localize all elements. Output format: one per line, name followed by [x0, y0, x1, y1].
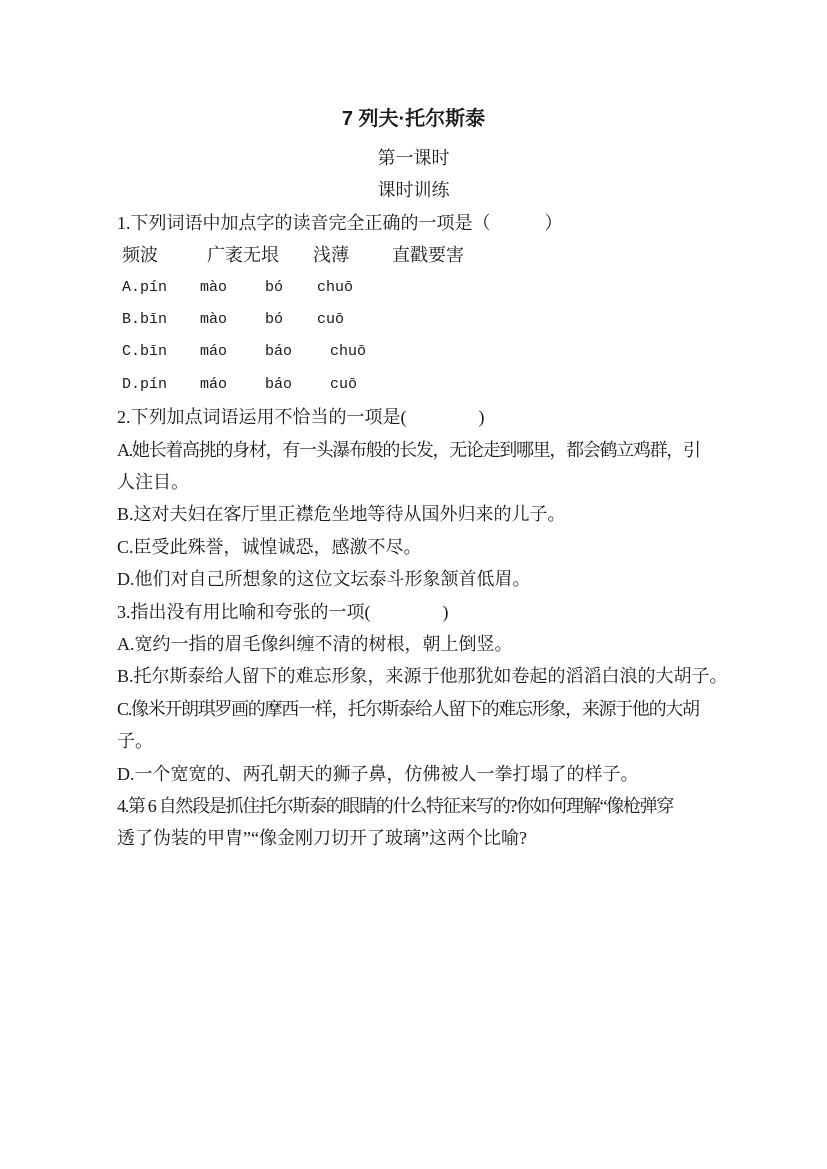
q1-option-c-pinyin-2: máo	[200, 336, 227, 368]
q1-option-row-a: A.pín mào bó chuō	[117, 272, 710, 304]
q1-option-row-c: C.bīn máo báo chuō	[117, 336, 710, 368]
section-heading: 课时训练	[117, 174, 710, 206]
q2-option-a-line-2: 人注目。	[117, 466, 710, 498]
q2-option-a-line-1: A.她长着高挑的身材，有一头瀑布般的长发，无论走到哪里，都会鹤立鸡群，引	[117, 434, 710, 466]
worksheet-page: 7 列夫·托尔斯泰 第一课时 课时训练 1.下列词语中加点字的读音完全正确的一项…	[0, 0, 827, 1169]
q1-option-c-label: C.	[122, 343, 140, 360]
q1-option-d-pinyin-2: máo	[200, 369, 227, 401]
q4-stem-line-2: 透了伪装的甲胄”“像金刚刀切开了玻璃”这两个比喻?	[117, 822, 710, 854]
q1-option-d-pinyin-3: báo	[265, 369, 292, 401]
q3-option-d: D.一个宽宽的、两孔朝天的狮子鼻，仿佛被人一拳打塌了的样子。	[117, 758, 710, 790]
q1-option-c-pinyin-4: chuō	[330, 336, 366, 368]
lesson-title: 7 列夫·托尔斯泰	[117, 102, 710, 136]
q1-stem: 1.下列词语中加点字的读音完全正确的一项是（ ）	[117, 207, 710, 239]
q1-option-a-label: A.	[122, 279, 140, 296]
q3-stem: 3.指出没有用比喻和夸张的一项( )	[117, 596, 710, 628]
q1-word-4: 直戳要害	[392, 239, 464, 271]
q1-option-b-pinyin-4: cuō	[317, 304, 344, 336]
q1-option-b-label: B.	[122, 311, 140, 328]
q3-option-c-line-1: C.像米开朗琪罗画的摩西一样，托尔斯泰给人留下的难忘形象，来源于他的大胡	[117, 693, 710, 725]
q1-option-b-col1: B.bīn	[122, 304, 167, 336]
q1-option-c-col1: C.bīn	[122, 336, 167, 368]
q1-option-b-pinyin-1: bīn	[140, 311, 167, 328]
q1-option-row-b: B.bīn mào bó cuō	[117, 304, 710, 336]
q1-option-a-pinyin-1: pín	[140, 279, 167, 296]
q2-stem: 2.下列加点词语运用不恰当的一项是( )	[117, 401, 710, 433]
q1-option-d-pinyin-1: pín	[140, 376, 167, 393]
q2-option-d: D.他们对自己所想象的这位文坛泰斗形象颔首低眉。	[117, 563, 710, 595]
q1-option-d-label: D.	[122, 376, 140, 393]
q1-option-d-pinyin-4: cuō	[330, 369, 357, 401]
q2-option-c: C.臣受此殊誉，诚惶诚恐，感激不尽。	[117, 531, 710, 563]
q1-word-3: 浅薄	[313, 239, 349, 271]
q1-option-b-pinyin-2: mào	[200, 304, 227, 336]
q1-option-c-pinyin-1: bīn	[140, 343, 167, 360]
q1-option-a-pinyin-3: bó	[265, 272, 283, 304]
page-content: 7 列夫·托尔斯泰 第一课时 课时训练 1.下列词语中加点字的读音完全正确的一项…	[0, 0, 827, 855]
q1-word-2: 广袤无垠	[207, 239, 279, 271]
q4-stem-line-1: 4.第 6 自然段是抓住托尔斯泰的眼睛的什么特征来写的?你如何理解“像枪弹穿	[117, 790, 710, 822]
q3-option-b: B.托尔斯泰给人留下的难忘形象，来源于他那犹如卷起的滔滔白浪的大胡子。	[117, 660, 710, 692]
q1-option-a-pinyin-4: chuō	[317, 272, 353, 304]
q1-option-b-pinyin-3: bó	[265, 304, 283, 336]
q1-option-d-col1: D.pín	[122, 369, 167, 401]
q2-option-b: B.这对夫妇在客厅里正襟危坐地等待从国外归来的儿子。	[117, 498, 710, 530]
q3-option-c-line-2: 子。	[117, 725, 710, 757]
q1-option-c-pinyin-3: báo	[265, 336, 292, 368]
q1-option-a-col1: A.pín	[122, 272, 167, 304]
q1-word-1: 频波	[122, 239, 158, 271]
q3-option-a: A.宽约一指的眉毛像纠缠不清的树根，朝上倒竖。	[117, 628, 710, 660]
q1-option-row-d: D.pín máo báo cuō	[117, 369, 710, 401]
q1-word-list: 频波 广袤无垠 浅薄 直戳要害	[117, 239, 710, 271]
q1-option-a-pinyin-2: mào	[200, 272, 227, 304]
period-heading: 第一课时	[117, 142, 710, 174]
